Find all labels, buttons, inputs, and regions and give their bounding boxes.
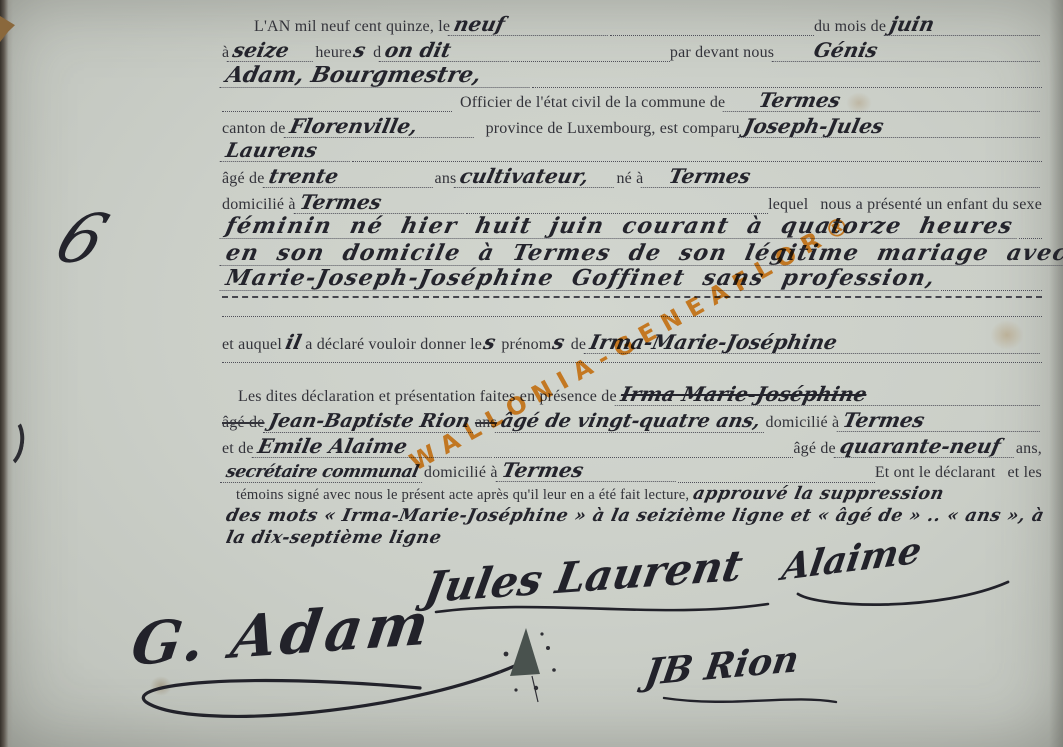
fill-line: [1019, 215, 1042, 239]
printed-text: âgé de: [222, 170, 265, 188]
printed-text: par devant nous: [670, 44, 774, 62]
handwritten-marginal-approval: des mots « Irma-Marie-Joséphine » à la s…: [220, 508, 1052, 527]
printed-text: né à: [616, 170, 643, 188]
blank-rule-line: [222, 316, 1042, 317]
handwritten-profession: cultivateur,: [454, 166, 619, 188]
handwritten-marginal-approval: la dix-septième ligne: [220, 530, 449, 549]
paper-stain: [150, 676, 172, 696]
printed-text-struck: ans: [475, 414, 497, 432]
handwritten-pronoun: il: [280, 332, 307, 352]
handwritten-time-note: on dit: [379, 40, 514, 62]
printed-text: Les dites déclaration et présentation fa…: [238, 388, 617, 406]
act-line-10: en son domicile à Termes de son légitime…: [222, 242, 1042, 266]
printed-text: Et ont le déclarant: [875, 464, 996, 482]
printed-text: âgé de: [793, 440, 836, 458]
printed-text: Officier de l'état civil de la commune d…: [460, 94, 725, 112]
act-line-6: Laurens: [222, 140, 1042, 162]
handwritten-struck-name: Irma Marie-Joséphine: [614, 384, 1044, 406]
handwritten-canton: Florenville,: [283, 116, 478, 138]
handwritten-plural-s: s: [480, 332, 500, 352]
handwritten-witness1-age: âgé de vingt-quatre ans,: [495, 412, 768, 433]
handwritten-declarant-surname: Laurens: [220, 140, 355, 162]
printed-text: ans,: [1016, 440, 1042, 458]
handwritten-residence: Termes: [293, 192, 468, 214]
printed-text: heure: [315, 44, 352, 62]
fill-line: [222, 90, 452, 112]
handwritten-day: neuf: [448, 14, 613, 36]
printed-text: lequel: [768, 196, 808, 214]
handwritten-witness2-profession: secrétaire communal: [220, 464, 426, 483]
handwritten-plural-s: s: [350, 40, 370, 60]
act-line-3: Adam, Bourgmestre,: [222, 64, 1042, 88]
act-line-7: âgé de trente ans cultivateur, né à Term…: [222, 166, 1042, 188]
handwritten-month: juin: [884, 14, 1044, 36]
printed-text: et de: [222, 440, 254, 458]
act-line-2: à seize heure s d on dit par devant nous…: [222, 40, 1042, 62]
printed-text: et auquel: [222, 336, 282, 354]
printed-text: canton de: [222, 120, 286, 138]
printed-text: L'AN mil neuf cent quinze, le: [254, 18, 450, 36]
printed-text: prénom: [501, 336, 551, 354]
handwritten-declarant-firstnames: Joseph-Jules: [737, 116, 1044, 138]
printed-text: a déclaré vouloir donner le: [305, 336, 482, 354]
handwritten-commune: Termes: [723, 90, 1044, 112]
handwritten-witness1-residence: Termes: [837, 410, 1044, 432]
handwritten-birthplace: Termes: [641, 166, 1044, 188]
handwritten-officer-name-title: Adam, Bourgmestre,: [219, 64, 534, 88]
printed-text: nous a présenté un enfant du sexe: [820, 196, 1042, 214]
handwritten-witness2-residence: Termes: [495, 460, 680, 482]
margin-ink-mark: [0, 414, 27, 470]
act-line-8: domicilié à Termes lequel nous a présent…: [222, 192, 1042, 214]
fill-line: [610, 14, 814, 36]
fill-line: [941, 267, 1042, 291]
printed-text: domicilié à: [766, 414, 840, 432]
act-line-20: témoins signé avec nous le présent acte …: [222, 486, 1042, 505]
act-line-11: Marie-Joseph-Joséphine Goffinet sans pro…: [222, 267, 1042, 291]
handwritten-mother-name: Marie-Joseph-Joséphine Goffinet sans pro…: [219, 267, 943, 291]
handwritten-hour: seize: [227, 40, 318, 62]
handwritten-age: trente: [262, 166, 437, 188]
handwritten-child-firstnames: Irma-Marie-Joséphine: [584, 332, 1044, 354]
handwritten-witness2-name: Emile Alaime: [251, 436, 496, 458]
act-line-16: Les dites déclaration et présentation fa…: [222, 384, 1042, 406]
handwritten-marginal-approval: approuvé la suppression: [687, 486, 1044, 505]
blank-rule-line: [222, 296, 1042, 298]
act-line-13: [222, 316, 1042, 317]
printed-text-struck: âgé de: [222, 414, 265, 432]
book-binding-edge: [0, 0, 13, 747]
act-line-12: [222, 296, 1042, 298]
handwritten-witness1-name: Jean-Baptiste Rion: [262, 412, 477, 433]
handwritten-witness2-age: quarante-neuf: [834, 436, 1019, 458]
act-line-1: L'AN mil neuf cent quinze, le neuf du mo…: [222, 14, 1042, 36]
handwritten-officer-firstname: Génis: [772, 40, 1044, 62]
fill-line: [532, 64, 1042, 88]
act-line-9: féminin né hier huit juin courant à quat…: [222, 215, 1042, 239]
handwritten-plural-s: s: [549, 332, 569, 352]
act-line-19: secrétaire communal domicilié à Termes E…: [222, 460, 1042, 483]
printed-text: domicilié à: [424, 464, 498, 482]
act-line-15: [222, 362, 1042, 363]
fill-line: [466, 192, 768, 214]
act-line-5: canton de Florenville, province de Luxem…: [222, 116, 1042, 138]
handwritten-birth-details: féminin né hier huit juin courant à quat…: [219, 215, 1021, 239]
act-line-14: et auquel il a déclaré vouloir donner le…: [222, 332, 1042, 354]
fill-line: [678, 460, 875, 483]
printed-text: province de Luxembourg, est comparu: [486, 120, 740, 138]
printed-text: domicilié à: [222, 196, 296, 214]
act-line-21: des mots « Irma-Marie-Joséphine » à la s…: [222, 508, 1042, 527]
scanned-register-page: 6 L'AN mil neuf cent quinze, le neuf du …: [0, 0, 1063, 747]
printed-text: et les: [1007, 464, 1042, 482]
fill-line: [352, 140, 1042, 162]
fill-line: [511, 40, 670, 62]
act-line-4: Officier de l'état civil de la commune d…: [222, 90, 1042, 112]
fill-line: [494, 436, 794, 458]
act-line-18: et de Emile Alaime âgé de quarante-neuf …: [222, 436, 1042, 458]
printed-text: du mois de: [814, 18, 886, 36]
printed-text: témoins signé avec nous le présent acte …: [236, 487, 689, 504]
blank-rule-line: [222, 362, 1042, 363]
act-number: 6: [45, 199, 118, 281]
handwritten-birth-details: en son domicile à Termes de son légitime…: [219, 242, 1063, 266]
act-line-17: âgé de Jean-Baptiste Rion ans âgé de vin…: [222, 410, 1042, 433]
page-right-edge-shadow: [1049, 0, 1063, 747]
